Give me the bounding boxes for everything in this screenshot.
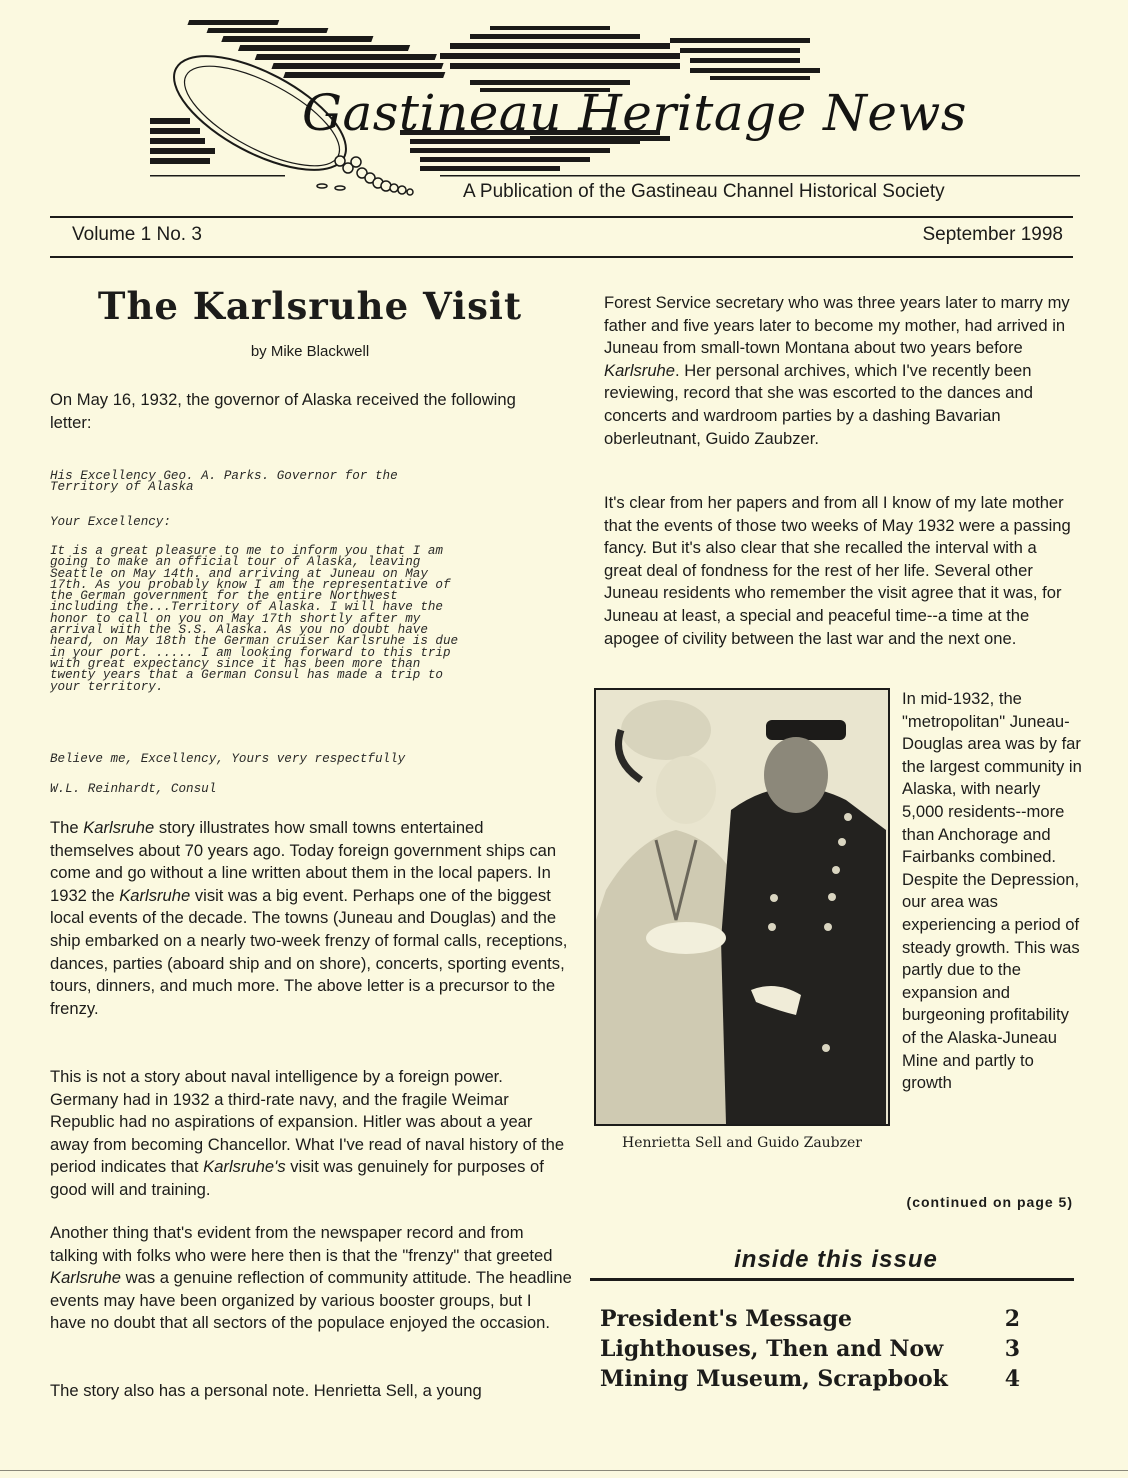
letter-signature: W.L. Reinhardt, Consul (50, 784, 570, 795)
letter-closing: Believe me, Excellency, Yours very respe… (50, 754, 570, 765)
toc-item[interactable]: President's Message 2 (600, 1304, 1020, 1334)
masthead-title: Gastineau Heritage News (302, 84, 967, 142)
toc-item-page: 3 (1000, 1334, 1020, 1364)
page-bottom-edge (0, 1470, 1128, 1471)
masthead-tagline: A Publication of the Gastineau Channel H… (463, 181, 945, 203)
inside-issue-title: inside this issue (590, 1246, 1082, 1274)
continued-link[interactable]: (continued on page 5) (907, 1194, 1073, 1210)
article-intro: On May 16, 1932, the governor of Alaska … (50, 389, 520, 434)
letter-salutation: Your Excellency: (50, 517, 570, 528)
historic-photo (594, 688, 890, 1126)
toc-item-label: Mining Museum, Scrapbook (600, 1364, 948, 1394)
toc-item-label: Lighthouses, Then and Now (600, 1334, 943, 1364)
sidebar-paragraph: In mid-1932, the "metropolitan" Juneau-D… (902, 688, 1082, 1095)
article-paragraph-1: The Karlsruhe story illustrates how smal… (50, 817, 572, 1020)
toc-item-label: President's Message (600, 1304, 852, 1334)
article-paragraph-2: This is not a story about naval intellig… (50, 1066, 572, 1202)
issue-date: September 1998 (923, 224, 1064, 246)
masthead-rule-top (50, 216, 1073, 218)
letter-body: It is a great pleasure to me to inform y… (50, 546, 570, 693)
article-headline: The Karlsruhe Visit (50, 284, 570, 328)
issue-info: Volume 1 No. 3 September 1998 (72, 224, 1063, 250)
inside-issue-rule (590, 1278, 1074, 1281)
article-paragraph-4: The story also has a personal note. Henr… (50, 1380, 572, 1403)
table-of-contents: President's Message 2 Lighthouses, Then … (600, 1304, 1020, 1394)
photo-caption: Henrietta Sell and Guido Zaubzer (594, 1135, 890, 1151)
masthead-rule-bottom (50, 256, 1073, 258)
newsletter-page: Gastineau Heritage News A Publication of… (0, 0, 1128, 1478)
masthead: Gastineau Heritage News (150, 18, 1080, 208)
toc-item[interactable]: Mining Museum, Scrapbook 4 (600, 1364, 1020, 1394)
toc-item-page: 2 (1000, 1304, 1020, 1334)
article-byline: by Mike Blackwell (50, 343, 570, 360)
photo-figures-icon (596, 690, 888, 1124)
article-paragraph-6: It's clear from her papers and from all … (604, 492, 1074, 650)
volume-number: Volume 1 No. 3 (72, 224, 202, 246)
article-paragraph-3: Another thing that's evident from the ne… (50, 1222, 572, 1335)
toc-item-page: 4 (1000, 1364, 1020, 1394)
letter-address: His Excellency Geo. A. Parks. Governor f… (50, 471, 570, 494)
article-paragraph-5: Forest Service secretary who was three y… (604, 292, 1074, 450)
toc-item[interactable]: Lighthouses, Then and Now 3 (600, 1334, 1020, 1364)
